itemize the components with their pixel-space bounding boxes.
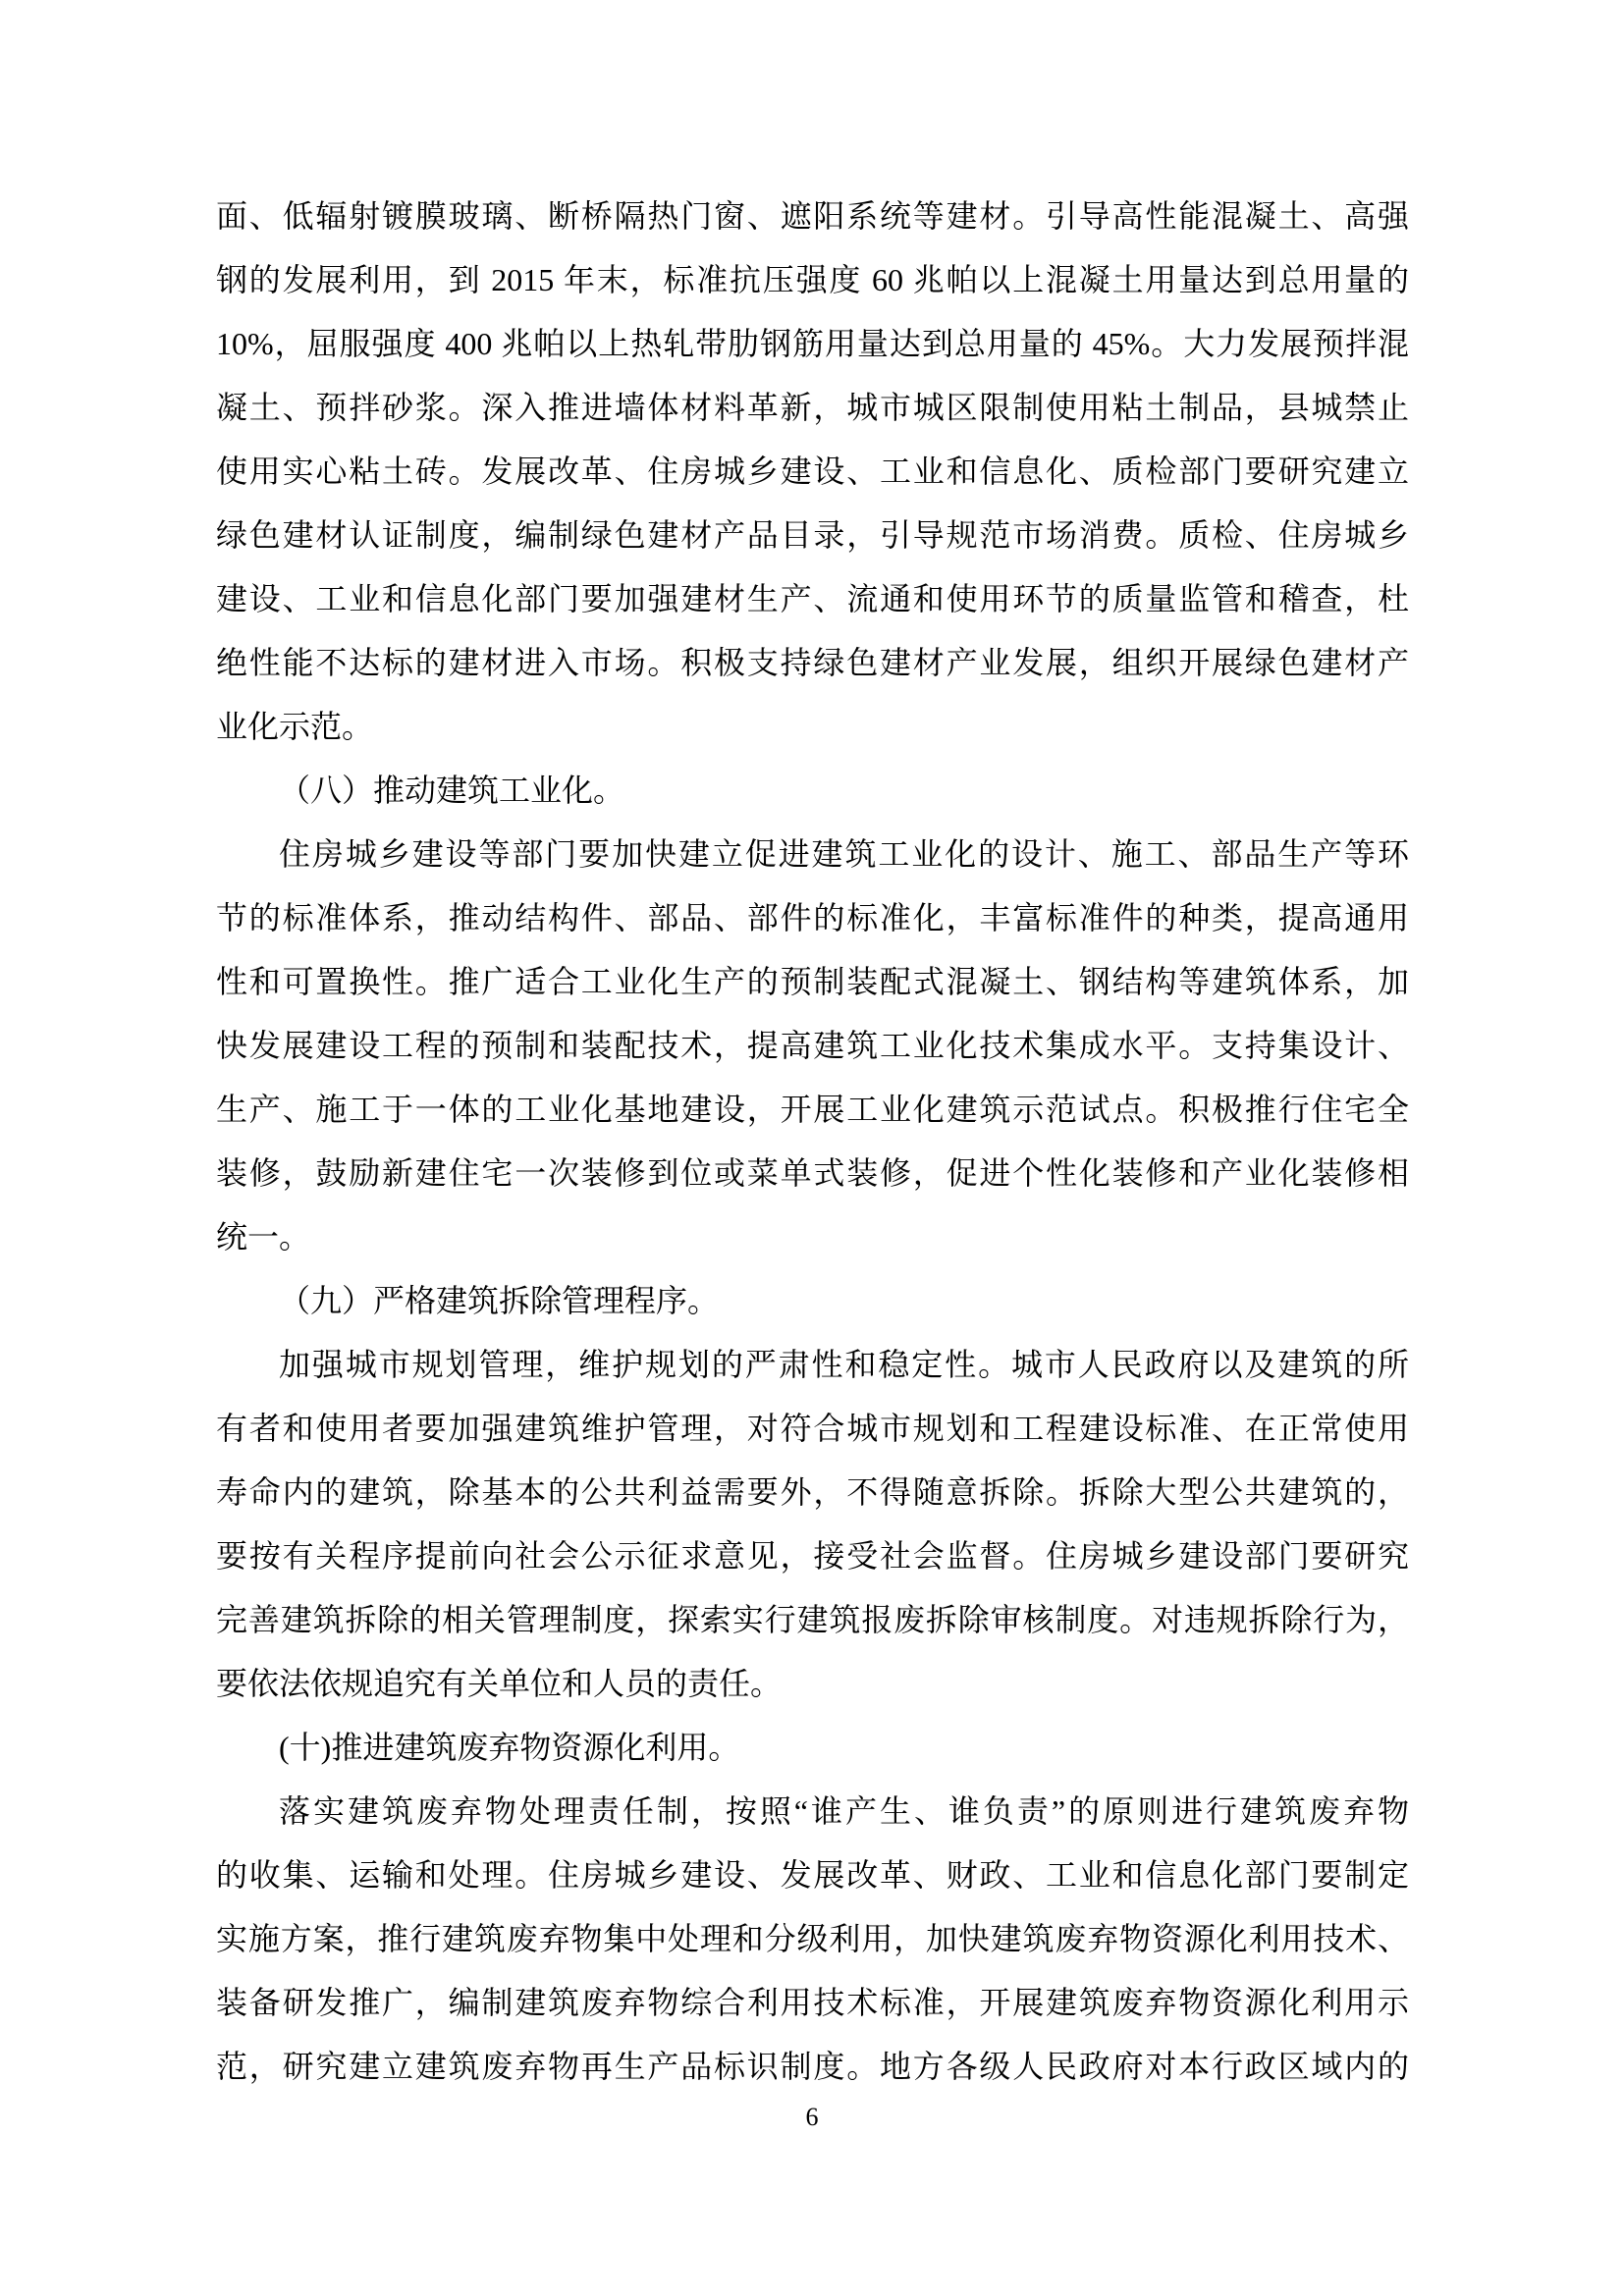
- text-line: （九）严格建筑拆除管理程序。: [216, 1269, 1409, 1333]
- text-line: 范，研究建立建筑废弃物再生产品标识制度。地方各级人民政府对本行政区域内的: [216, 2035, 1409, 2099]
- text-line: 加强城市规划管理，维护规划的严肃性和稳定性。城市人民政府以及建筑的所: [216, 1333, 1409, 1397]
- text-line: 面、低辐射镀膜玻璃、断桥隔热门窗、遮阳系统等建材。引导高性能混凝土、高强: [216, 185, 1409, 248]
- text-line: 生产、施工于一体的工业化基地建设，开展工业化建筑示范试点。积极推行住宅全: [216, 1078, 1409, 1142]
- text-line: 钢的发展利用，到 2015 年末，标准抗压强度 60 兆帕以上混凝土用量达到总用…: [216, 248, 1409, 312]
- text-line: 业化示范。: [216, 695, 1409, 759]
- text-line: 建设、工业和信息化部门要加强建材生产、流通和使用环节的质量监管和稽查，杜: [216, 567, 1409, 631]
- text-line: 的收集、运输和处理。住房城乡建设、发展改革、财政、工业和信息化部门要制定: [216, 1843, 1409, 1907]
- text-line: 寿命内的建筑，除基本的公共利益需要外，不得随意拆除。拆除大型公共建筑的，: [216, 1461, 1409, 1524]
- text-line: 有者和使用者要加强建筑维护管理，对符合城市规划和工程建设标准、在正常使用: [216, 1397, 1409, 1461]
- text-line: 统一。: [216, 1205, 1409, 1269]
- text-line: 节的标准体系，推动结构件、部品、部件的标准化，丰富标准件的种类，提高通用: [216, 886, 1409, 950]
- text-line: 落实建筑废弃物处理责任制，按照“谁产生、谁负责”的原则进行建筑废弃物: [216, 1780, 1409, 1843]
- page-number: 6: [0, 2103, 1624, 2132]
- text-line: 要按有关程序提前向社会公示征求意见，接受社会监督。住房城乡建设部门要研究: [216, 1524, 1409, 1588]
- text-line: 装修，鼓励新建住宅一次装修到位或菜单式装修，促进个性化装修和产业化装修相: [216, 1142, 1409, 1205]
- text-line: 装备研发推广，编制建筑废弃物综合利用技术标准，开展建筑废弃物资源化利用示: [216, 1971, 1409, 2035]
- text-line: 要依法依规追究有关单位和人员的责任。: [216, 1652, 1409, 1716]
- text-line: (十)推进建筑废弃物资源化利用。: [216, 1716, 1409, 1780]
- document-body: 面、低辐射镀膜玻璃、断桥隔热门窗、遮阳系统等建材。引导高性能混凝土、高强钢的发展…: [216, 185, 1409, 2099]
- text-line: 完善建筑拆除的相关管理制度，探索实行建筑报废拆除审核制度。对违规拆除行为，: [216, 1588, 1409, 1652]
- text-line: （八）推动建筑工业化。: [216, 759, 1409, 823]
- text-line: 实施方案，推行建筑废弃物集中处理和分级利用，加快建筑废弃物资源化利用技术、: [216, 1907, 1409, 1971]
- text-line: 性和可置换性。推广适合工业化生产的预制装配式混凝土、钢结构等建筑体系，加: [216, 950, 1409, 1014]
- document-page: { "page": { "background": "#ffffff", "te…: [0, 0, 1624, 2296]
- text-line: 使用实心粘土砖。发展改革、住房城乡建设、工业和信息化、质检部门要研究建立: [216, 440, 1409, 504]
- text-line: 快发展建设工程的预制和装配技术，提高建筑工业化技术集成水平。支持集设计、: [216, 1014, 1409, 1078]
- text-line: 绿色建材认证制度，编制绿色建材产品目录，引导规范市场消费。质检、住房城乡: [216, 504, 1409, 567]
- text-line: 绝性能不达标的建材进入市场。积极支持绿色建材产业发展，组织开展绿色建材产: [216, 631, 1409, 695]
- text-line: 10%，屈服强度 400 兆帕以上热轧带肋钢筋用量达到总用量的 45%。大力发展…: [216, 312, 1409, 376]
- text-line: 住房城乡建设等部门要加快建立促进建筑工业化的设计、施工、部品生产等环: [216, 823, 1409, 886]
- text-line: 凝土、预拌砂浆。深入推进墙体材料革新，城市城区限制使用粘土制品，县城禁止: [216, 376, 1409, 440]
